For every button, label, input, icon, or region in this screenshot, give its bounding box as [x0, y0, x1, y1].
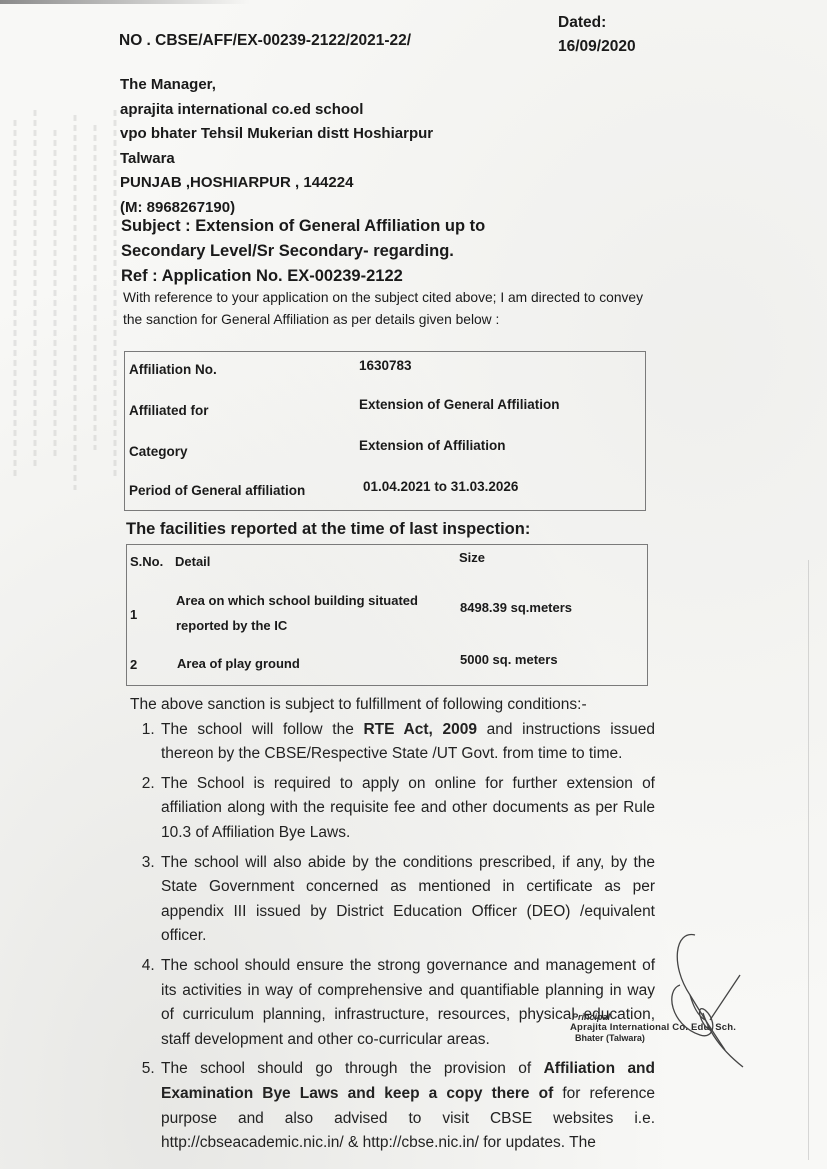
affiliation-details-table: Affiliation No. 1630783 Affiliated for E… [124, 351, 646, 511]
facilities-title: The facilities reported at the time of l… [126, 520, 530, 539]
address-line: vpo bhater Tehsil Mukerian distt Hoshiar… [120, 122, 433, 147]
category-label: Category [129, 444, 188, 459]
row-size: 5000 sq. meters [460, 647, 558, 672]
category-value: Extension of Affiliation [359, 438, 506, 453]
period-label: Period of General affiliation [129, 483, 305, 498]
row-detail: Area of play ground [177, 651, 300, 676]
affiliation-no-value: 1630783 [359, 358, 412, 373]
header-size: Size [459, 545, 485, 570]
header-detail: Detail [175, 549, 210, 574]
affiliated-for-value: Extension of General Affiliation [359, 397, 560, 412]
row-detail: Area on which school building situated [176, 588, 418, 613]
address-line: Talwara [120, 147, 433, 172]
reference-number: NO . CBSE/AFF/EX-00239-2122/2021-22/ [119, 32, 411, 50]
conditions-section: The above sanction is subject to fulfill… [130, 693, 655, 1161]
address-line: aprajita international co.ed school [120, 98, 433, 123]
row-sno: 1 [130, 602, 137, 627]
reference-line: Ref : Application No. EX-00239-2122 [121, 264, 485, 289]
row-sno: 2 [130, 652, 137, 677]
dated-value: 16/09/2020 [558, 38, 636, 56]
affiliation-no-label: Affiliation No. [129, 362, 217, 377]
condition-item: The School is required to apply on onlin… [159, 772, 655, 846]
subject-line: Subject : Extension of General Affiliati… [121, 214, 485, 239]
condition-item: The school should go through the provisi… [159, 1057, 655, 1155]
condition-item: The school will follow the RTE Act, 2009… [159, 718, 655, 767]
facilities-table: S.No. Detail Size 1 Area on which school… [126, 544, 648, 686]
intro-paragraph: With reference to your application on th… [123, 287, 643, 331]
subject-block: Subject : Extension of General Affiliati… [121, 214, 485, 289]
subject-line: Secondary Level/Sr Secondary- regarding. [121, 239, 485, 264]
signature-icon [655, 925, 765, 1075]
row-size: 8498.39 sq.meters [460, 595, 572, 620]
bleed-through-texture [0, 100, 130, 500]
row-detail: reported by the IC [176, 613, 287, 638]
affiliated-for-label: Affiliated for [129, 403, 209, 418]
header-sno: S.No. [130, 549, 163, 574]
dated-label: Dated: [558, 14, 606, 32]
condition-item: The school will also abide by the condit… [159, 851, 655, 949]
conditions-lead: The above sanction is subject to fulfill… [130, 693, 655, 718]
conditions-list: The school will follow the RTE Act, 2009… [130, 718, 655, 1156]
scan-edge-line [808, 560, 809, 1160]
address-line: The Manager, [120, 73, 433, 98]
document-page: NO . CBSE/AFF/EX-00239-2122/2021-22/ Dat… [0, 0, 827, 1169]
scan-edge-shadow [0, 0, 250, 4]
address-line: PUNJAB ,HOSHIARPUR , 144224 [120, 171, 433, 196]
period-value: 01.04.2021 to 31.03.2026 [363, 479, 518, 494]
recipient-address: The Manager, aprajita international co.e… [120, 73, 433, 220]
